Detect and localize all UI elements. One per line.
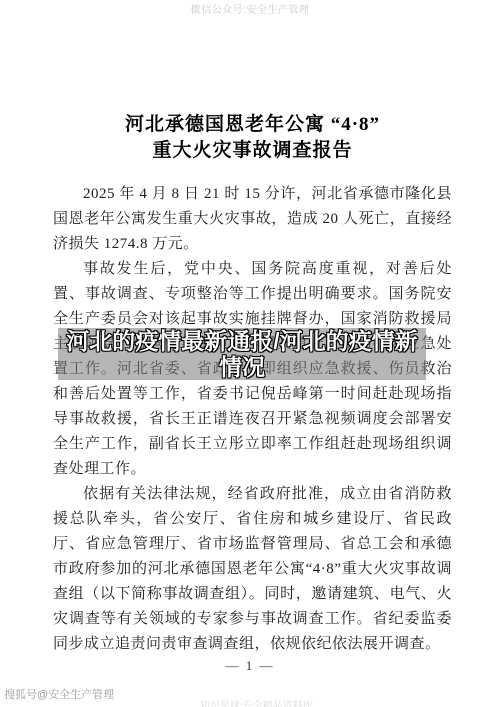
paragraph-incident-summary: 2025 年 4 月 8 日 21 时 15 分许，河北省承德市隆化县国恩老年公…: [53, 182, 452, 257]
document-title-line1: 河北承德国恩老年公寓 “4·8”: [53, 112, 452, 138]
footer-sohu-watermark: 搜狐号@安全生产管理: [4, 686, 114, 702]
document-body: 2025 年 4 月 8 日 21 时 15 分许，河北省承德市隆化县国恩老年公…: [53, 182, 452, 657]
overlay-banner-line2: 情况: [219, 354, 265, 380]
document-title: 河北承德国恩老年公寓 “4·8” 重大火灾事故调查报告: [53, 112, 452, 164]
footer-knowledge-planet-watermark: 知识星球:安全精品资料库: [200, 697, 313, 707]
paragraph-investigation-team: 依据有关法律法规，经省政府批准，成立由省消防救援总队牵头，省公安厅、省住房和城乡…: [53, 482, 452, 657]
page-number: — 1 —: [0, 658, 500, 674]
overlay-banner: 河北的疫情最新通报/河北的疫情新 情况: [58, 328, 426, 380]
document-title-line2: 重大火灾事故调查报告: [53, 138, 452, 164]
overlay-banner-line1: 河北的疫情最新通报/河北的疫情新: [66, 328, 417, 354]
